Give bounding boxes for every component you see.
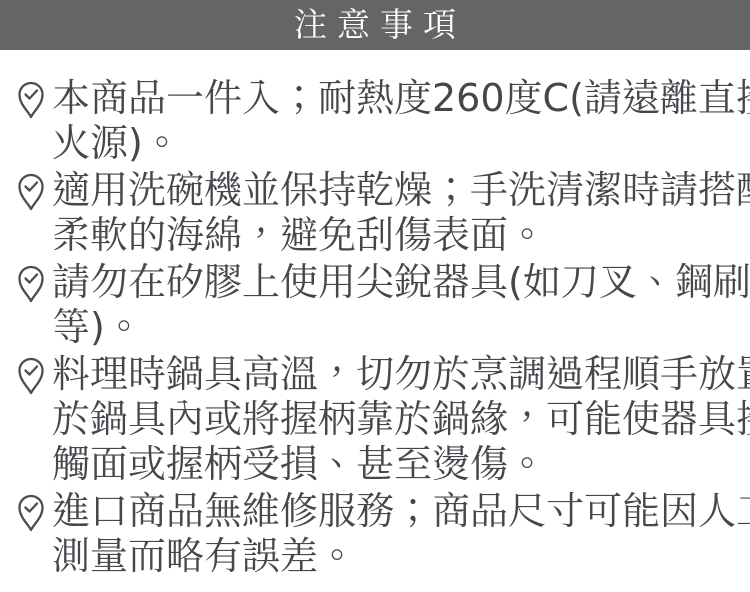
note-line: 進口商品無維修服務；商品尺寸可能因人工: [52, 489, 750, 534]
note-line: 料理時鍋具高溫，切勿於烹調過程順手放置: [52, 352, 750, 397]
list-item: 進口商品無維修服務；商品尺寸可能因人工測量而略有誤差。: [16, 489, 742, 579]
note-text: 本商品一件入；耐熱度260度C(請遠離直接火源)。: [52, 76, 750, 166]
note-line: 等)。: [52, 305, 750, 350]
notice-page: 注意事項 本商品一件入；耐熱度260度C(請遠離直接火源)。 適用洗碗機並保持乾…: [0, 0, 750, 592]
note-line: 柔軟的海綿，避免刮傷表面。: [52, 213, 750, 258]
list-item: 請勿在矽膠上使用尖銳器具(如刀叉、鋼刷等)。: [16, 260, 742, 350]
pin-check-icon: [16, 493, 46, 533]
list-item: 適用洗碗機並保持乾燥；手洗清潔時請搭配柔軟的海綿，避免刮傷表面。: [16, 168, 742, 258]
list-item: 本商品一件入；耐熱度260度C(請遠離直接火源)。: [16, 76, 742, 166]
pin-check-icon: [16, 356, 46, 396]
note-line: 適用洗碗機並保持乾燥；手洗清潔時請搭配: [52, 168, 750, 213]
note-line: 火源)。: [52, 121, 750, 166]
note-text: 料理時鍋具高溫，切勿於烹調過程順手放置於鍋具內或將握柄靠於鍋緣，可能使器具接觸面…: [52, 352, 750, 487]
note-text: 進口商品無維修服務；商品尺寸可能因人工測量而略有誤差。: [52, 489, 750, 579]
pin-check-icon: [16, 264, 46, 304]
pin-check-icon: [16, 172, 46, 212]
note-line: 本商品一件入；耐熱度260度C(請遠離直接: [52, 76, 750, 121]
notes-list: 本商品一件入；耐熱度260度C(請遠離直接火源)。 適用洗碗機並保持乾燥；手洗清…: [0, 50, 750, 579]
page-title: 注意事項: [284, 0, 466, 50]
list-item: 料理時鍋具高溫，切勿於烹調過程順手放置於鍋具內或將握柄靠於鍋緣，可能使器具接觸面…: [16, 352, 742, 487]
note-line: 測量而略有誤差。: [52, 534, 750, 579]
note-text: 適用洗碗機並保持乾燥；手洗清潔時請搭配柔軟的海綿，避免刮傷表面。: [52, 168, 750, 258]
pin-check-icon: [16, 80, 46, 120]
note-line: 於鍋具內或將握柄靠於鍋緣，可能使器具接: [52, 397, 750, 442]
note-text: 請勿在矽膠上使用尖銳器具(如刀叉、鋼刷等)。: [52, 260, 750, 350]
header-bar: 注意事項: [0, 0, 750, 50]
note-line: 觸面或握柄受損、甚至燙傷。: [52, 442, 750, 487]
note-line: 請勿在矽膠上使用尖銳器具(如刀叉、鋼刷: [52, 260, 750, 305]
